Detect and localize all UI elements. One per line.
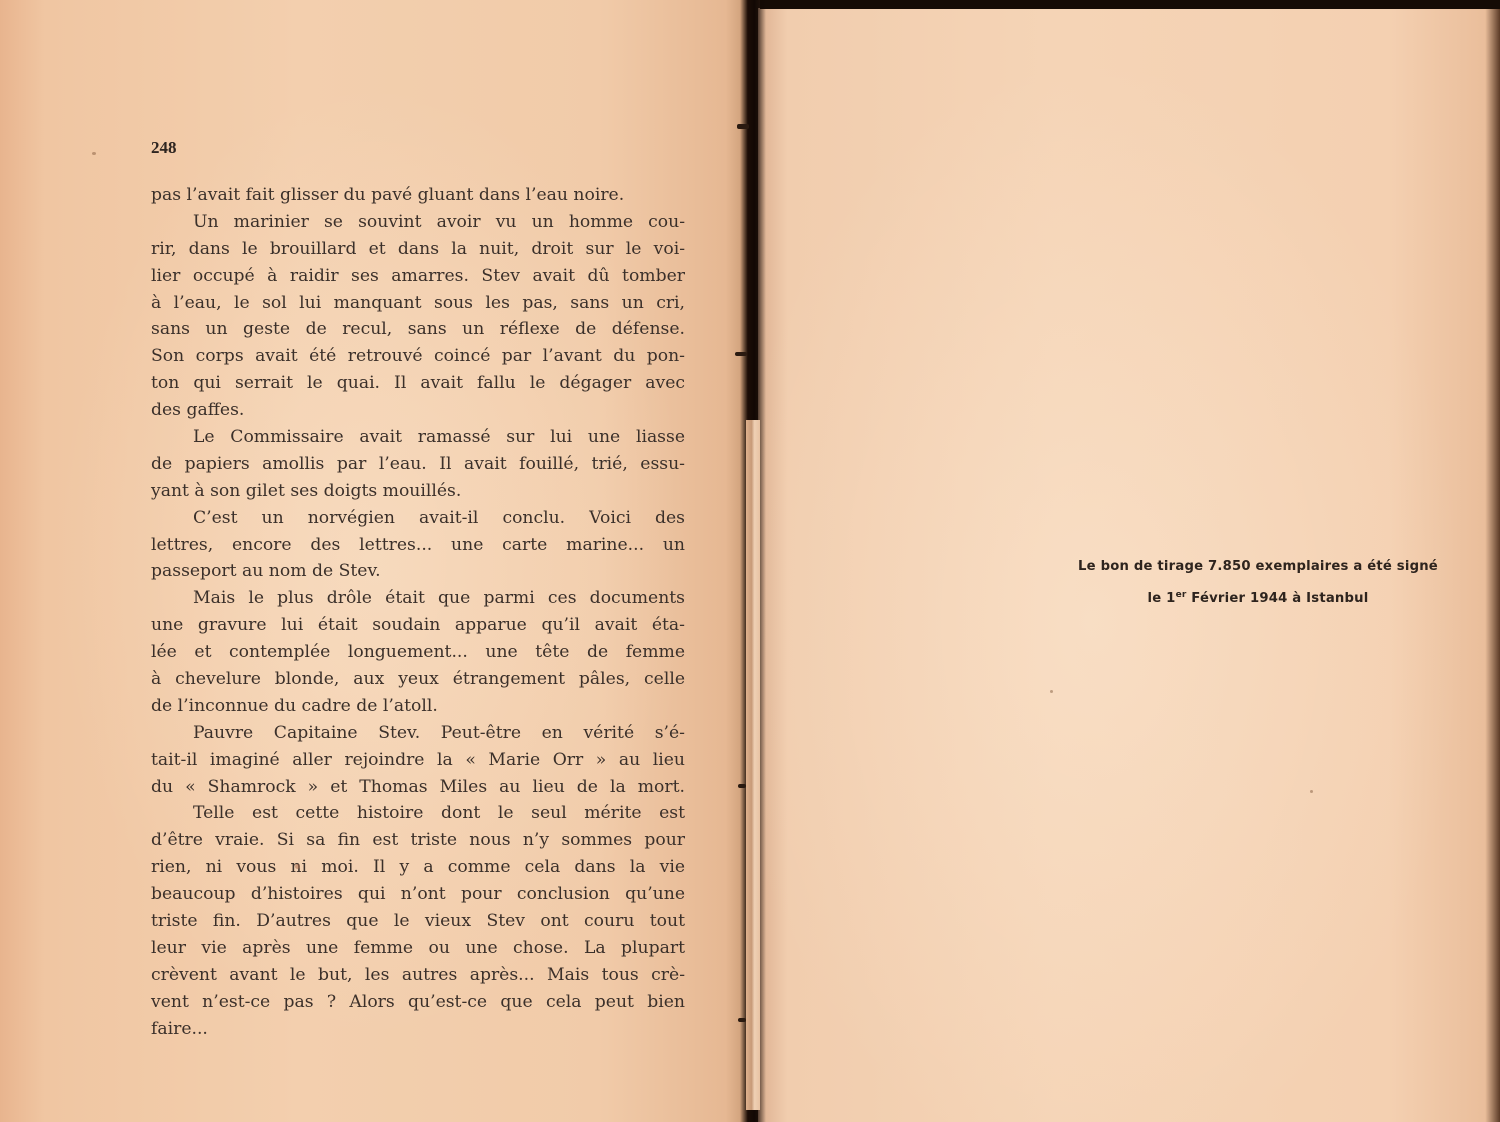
text-line: beaucoup d’histoires qui n’ont pour conc… xyxy=(151,881,685,908)
text-line: sans un geste de recul, sans un réflexe … xyxy=(151,316,685,343)
text-line: faire... xyxy=(151,1016,685,1043)
colophon: Le bon de tirage 7.850 exemplaires a été… xyxy=(958,552,1500,613)
page-number: 248 xyxy=(151,138,177,158)
text-line: une gravure lui était soudain apparue qu… xyxy=(151,612,685,639)
text-line: du « Shamrock » et Thomas Miles au lieu … xyxy=(151,774,685,801)
text-line: Son corps avait été retrouvé coincé par … xyxy=(151,343,685,370)
text-line: leur vie après une femme ou une chose. L… xyxy=(151,935,685,962)
paper-speck xyxy=(737,124,749,129)
gutter-fold xyxy=(746,420,760,1110)
text-line: à chevelure blonde, aux yeux étrangement… xyxy=(151,666,685,693)
text-line: tait-il imaginé aller rejoindre la « Mar… xyxy=(151,747,685,774)
paper-speck xyxy=(92,152,96,155)
text-line: à l’eau, le sol lui manquant sous les pa… xyxy=(151,290,685,317)
text-line: lettres, encore des lettres... une carte… xyxy=(151,532,685,559)
text-line: passeport au nom de Stev. xyxy=(151,558,685,585)
text-line: triste fin. D’autres que le vieux Stev o… xyxy=(151,908,685,935)
paper-speck xyxy=(1310,790,1313,793)
colophon-line-2: le 1er Février 1944 à Istanbul xyxy=(1148,591,1369,606)
page-top-edge-shadow xyxy=(760,0,1500,9)
right-page: Le bon de tirage 7.850 exemplaires a été… xyxy=(758,8,1500,1122)
text-line: de papiers amollis par l’eau. Il avait f… xyxy=(151,451,685,478)
text-line: Mais le plus drôle était que parmi ces d… xyxy=(151,585,685,612)
text-line: vent n’est-ce pas ? Alors qu’est-ce que … xyxy=(151,989,685,1016)
text-line: d’être vraie. Si sa fin est triste nous … xyxy=(151,827,685,854)
body-text: pas l’avait fait glisser du pavé gluant … xyxy=(151,182,685,1043)
paper-speck xyxy=(738,784,746,788)
text-line: des gaffes. xyxy=(151,397,685,424)
book-spread: 248 pas l’avait fait glisser du pavé glu… xyxy=(0,0,1500,1122)
paper-speck xyxy=(295,864,300,869)
paper-speck xyxy=(1050,690,1053,693)
colophon-date-suffix: Février 1944 à Istanbul xyxy=(1187,591,1369,606)
colophon-ordinal: er xyxy=(1176,590,1187,600)
colophon-date-prefix: le 1 xyxy=(1148,591,1176,606)
colophon-line-1: Le bon de tirage 7.850 exemplaires a été… xyxy=(1078,559,1438,574)
text-line: Pauvre Capitaine Stev. Peut-être en véri… xyxy=(151,720,685,747)
text-line: Le Commissaire avait ramassé sur lui une… xyxy=(151,424,685,451)
text-line: crèvent avant le but, les autres après..… xyxy=(151,962,685,989)
text-line: Telle est cette histoire dont le seul mé… xyxy=(151,800,685,827)
paper-speck xyxy=(738,1018,746,1022)
text-line: Un marinier se souvint avoir vu un homme… xyxy=(151,209,685,236)
left-page: 248 pas l’avait fait glisser du pavé glu… xyxy=(0,0,748,1122)
text-line: rir, dans le brouillard et dans la nuit,… xyxy=(151,236,685,263)
text-line: yant à son gilet ses doigts mouillés. xyxy=(151,478,685,505)
paper-speck xyxy=(735,352,747,356)
text-line: lier occupé à raidir ses amarres. Stev a… xyxy=(151,263,685,290)
text-line: rien, ni vous ni moi. Il y a comme cela … xyxy=(151,854,685,881)
text-line: C’est un norvégien avait-il conclu. Voic… xyxy=(151,505,685,532)
text-line: de l’inconnue du cadre de l’atoll. xyxy=(151,693,685,720)
text-line: pas l’avait fait glisser du pavé gluant … xyxy=(151,182,685,209)
text-line: lée et contemplée longuement... une tête… xyxy=(151,639,685,666)
text-line: ton qui serrait le quai. Il avait fallu … xyxy=(151,370,685,397)
